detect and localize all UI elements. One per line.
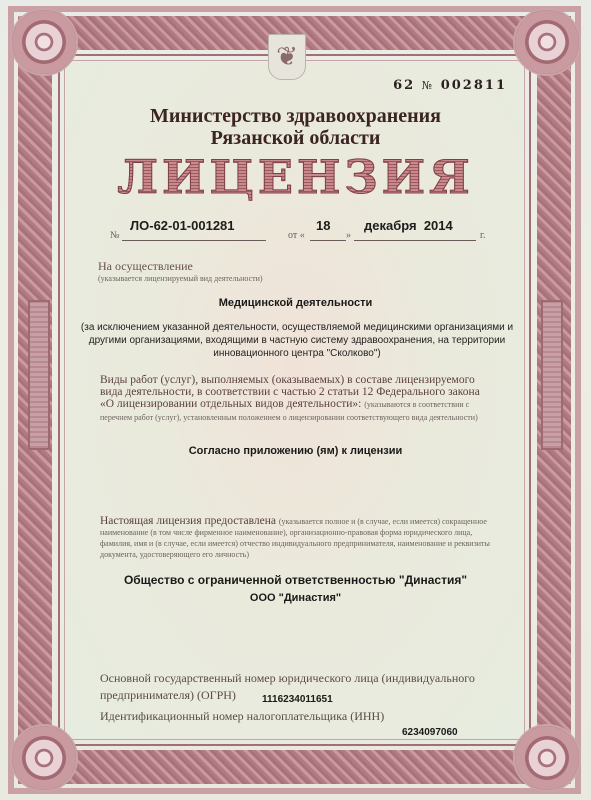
issuer-line-1: Министерство здравоохранения (0, 104, 591, 128)
activity-section: На осуществление (указывается лицензируе… (98, 259, 263, 283)
serial-sign: № (422, 79, 434, 92)
organization-full-name: Общество с ограниченной ответственностью… (0, 573, 591, 587)
granted-label: Настоящая лицензия предоставлена (100, 515, 276, 527)
month-underline (354, 240, 476, 241)
license-number-row: № ЛО-62-01-001281 от « 18 » декабря 2014… (108, 218, 488, 242)
date-mid: » (346, 230, 351, 241)
license-number: ЛО-62-01-001281 (130, 218, 235, 233)
activity-value: Медицинской деятельности (0, 297, 591, 309)
corner-rosette-icon (513, 724, 581, 792)
day-underline (310, 240, 346, 241)
works-section: Виды работ (услуг), выполняемых (оказыва… (100, 374, 490, 424)
date-day: 18 (316, 218, 330, 233)
serial-value: 002811 (441, 78, 507, 93)
serial-series: 62 (393, 78, 415, 93)
works-value: Согласно приложению (ям) к лицензии (0, 445, 591, 457)
inn-value: 6234097060 (402, 727, 458, 738)
date-month-year: декабря 2014 (364, 218, 453, 233)
number-label: № (110, 230, 120, 241)
granted-section: Настоящая лицензия предоставлена (указыв… (100, 516, 492, 560)
organization-short-name: ООО "Династия" (0, 592, 591, 604)
corner-rosette-icon (10, 8, 78, 76)
coat-of-arms-icon: ❦ (268, 34, 306, 80)
license-document: ❦ 62 № 002811 Министерство здравоохранен… (0, 0, 591, 800)
corner-rosette-icon (513, 8, 581, 76)
date-prefix: от « (288, 230, 305, 241)
document-title: ЛИЦЕНЗИЯ (0, 150, 591, 204)
issuer-line-2: Рязанской области (0, 126, 591, 150)
serial-number: 62 № 002811 (393, 78, 507, 93)
corner-rosette-icon (10, 724, 78, 792)
side-ornament-left (28, 300, 50, 450)
ogrn-value: 1116234011651 (262, 694, 333, 705)
inn-label: Идентификационный номер налогоплательщик… (100, 709, 384, 724)
date-suffix: г. (480, 230, 485, 241)
activity-label: На осуществление (98, 259, 263, 274)
number-underline (122, 240, 266, 241)
side-ornament-right (541, 300, 563, 450)
activity-hint: (указывается лицензируемый вид деятельно… (98, 274, 263, 283)
activity-note: (за исключением указанной деятельности, … (72, 321, 522, 360)
